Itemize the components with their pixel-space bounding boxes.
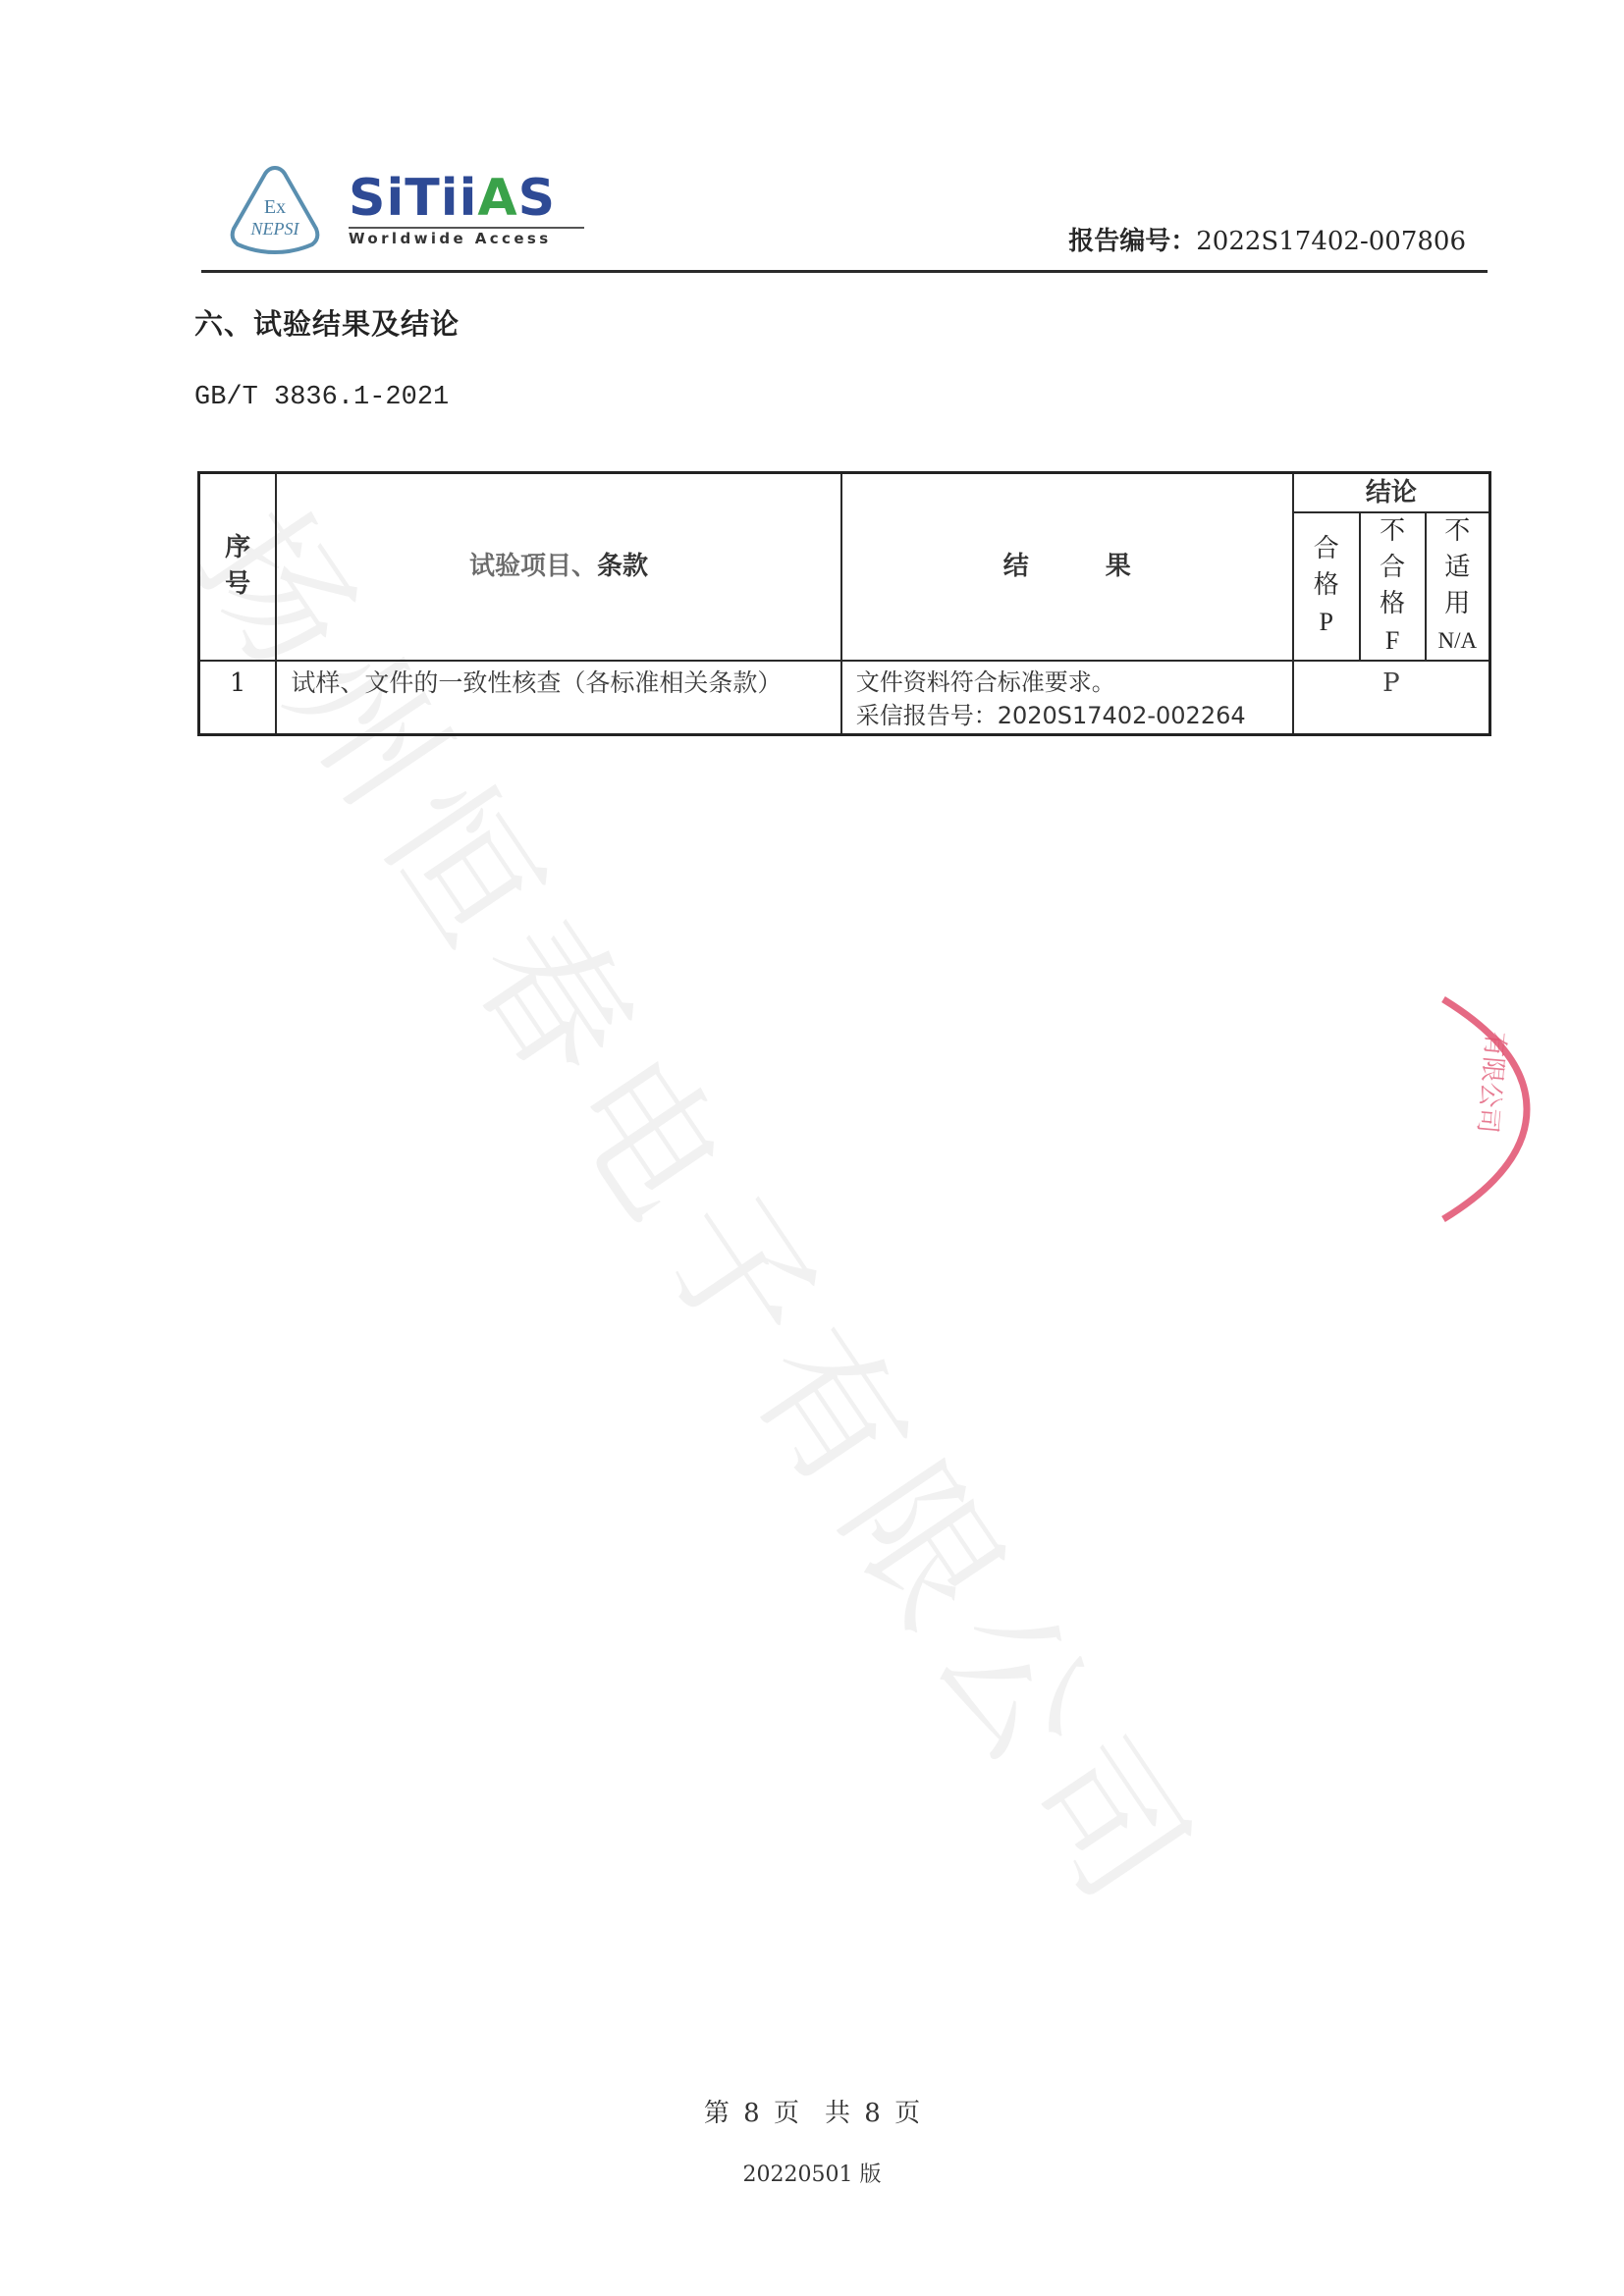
row-seq: 1 — [199, 661, 277, 735]
report-number-label: 报告编号： — [1068, 227, 1196, 256]
header-pass: 合格P — [1293, 512, 1360, 661]
row-test-item: 试样、文件的一致性核查（各标准相关条款） — [276, 661, 840, 735]
row-result-line1: 文件资料符合标准要求。 — [856, 666, 1292, 699]
report-number: 报告编号：2022S17402-007806 — [1068, 221, 1466, 257]
table-row: 1 试样、文件的一致性核查（各标准相关条款） 文件资料符合标准要求。 采信报告号… — [199, 661, 1490, 735]
header-result: 结 果 — [841, 473, 1293, 661]
header-divider — [201, 270, 1488, 273]
section-title: 六、试验结果及结论 — [194, 302, 460, 343]
header-seq: 序号 — [199, 473, 277, 661]
nepsi-ex-logo-icon: Ex NEPSI — [226, 162, 324, 255]
row-conclusion: P — [1293, 661, 1490, 735]
svg-text:NEPSI: NEPSI — [250, 219, 300, 239]
page-number: 第 8 页 共 8 页 — [0, 2093, 1624, 2129]
row-result-line2: 采信报告号：2020S17402-002264 — [856, 699, 1292, 732]
header-fail: 不合格F — [1360, 512, 1426, 661]
header-conclusion: 结论 — [1293, 473, 1490, 512]
svg-text:有限公司: 有限公司 — [1472, 1030, 1510, 1134]
svg-text:Ex: Ex — [264, 196, 286, 218]
company-seal-stamp: 有限公司 — [1434, 991, 1551, 1227]
logo-tagline: Worldwide Access — [349, 229, 594, 248]
header-test-item: 试验项目、条款 — [276, 473, 840, 661]
sitiias-wordmark: SiTiiAS — [349, 172, 594, 225]
report-header: Ex NEPSI SiTiiAS Worldwide Access 报告编号：2… — [201, 162, 1488, 270]
header-na: 不适用N/A — [1426, 512, 1490, 661]
row-result: 文件资料符合标准要求。 采信报告号：2020S17402-002264 — [841, 661, 1293, 735]
form-version: 20220501 版 — [0, 2158, 1624, 2188]
report-number-value: 2022S17402-007806 — [1196, 227, 1466, 256]
standard-code: GB/T 3836.1-2021 — [194, 383, 449, 412]
results-table: 序号 试验项目、条款 结 果 结论 合格P 不合格F 不适用N/A 1 试样、文… — [197, 471, 1491, 736]
sitiias-logo: SiTiiAS Worldwide Access — [349, 172, 594, 250]
